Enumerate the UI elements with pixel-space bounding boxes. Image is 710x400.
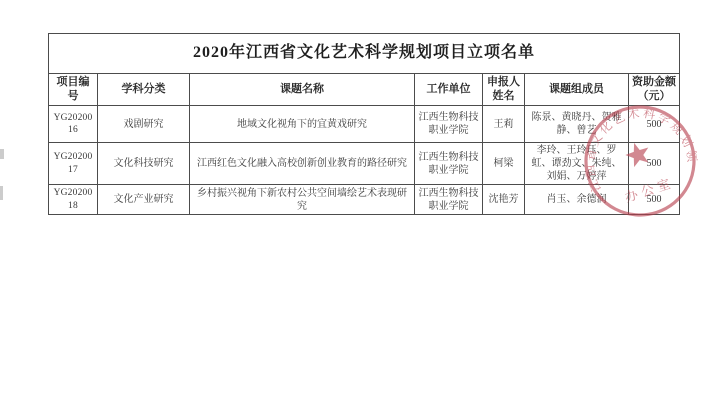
scan-artifact (0, 186, 3, 200)
cell-work-unit: 江西生物科技职业学院 (415, 185, 483, 215)
table-row: YG2020017 文化科技研究 江西红色文化融入高校创新创业教育的路径研究 江… (49, 143, 680, 185)
column-header-funding: 资助金额（元） (629, 74, 680, 106)
scanned-document-page: 2020年江西省文化艺术科学规划项目立项名单 项目编号 学科分类 课题名称 工作… (0, 0, 710, 400)
cell-funding: 500 (629, 106, 680, 143)
table-title-row: 2020年江西省文化艺术科学规划项目立项名单 (49, 34, 680, 74)
cell-project-id: YG2020018 (49, 185, 98, 215)
column-header-project-title: 课题名称 (190, 74, 415, 106)
cell-applicant: 沈艳芳 (483, 185, 525, 215)
cell-project-id: YG2020016 (49, 106, 98, 143)
cell-team-members: 陈景、黄晓丹、贺雅静、曾艺 (525, 106, 629, 143)
cell-discipline: 文化科技研究 (98, 143, 190, 185)
cell-funding: 500 (629, 143, 680, 185)
table-row: YG2020018 文化产业研究 乡村振兴视角下新农村公共空间墙绘艺术表现研究 … (49, 185, 680, 215)
cell-project-title: 江西红色文化融入高校创新创业教育的路径研究 (190, 143, 415, 185)
cell-funding: 500 (629, 185, 680, 215)
cell-applicant: 柯梁 (483, 143, 525, 185)
cell-project-id: YG2020017 (49, 143, 98, 185)
cell-discipline: 戏剧研究 (98, 106, 190, 143)
cell-team-members: 李玲、王玲珏、罗虹、谭劲文、朱纯、刘娟、万婷萍 (525, 143, 629, 185)
column-header-discipline: 学科分类 (98, 74, 190, 106)
scan-artifact (0, 149, 4, 159)
cell-work-unit: 江西生物科技职业学院 (415, 106, 483, 143)
column-header-team-members: 课题组成员 (525, 74, 629, 106)
project-approval-table: 2020年江西省文化艺术科学规划项目立项名单 项目编号 学科分类 课题名称 工作… (48, 33, 680, 215)
page-title: 2020年江西省文化艺术科学规划项目立项名单 (49, 34, 680, 74)
cell-project-title: 地域文化视角下的宜黄戏研究 (190, 106, 415, 143)
column-header-work-unit: 工作单位 (415, 74, 483, 106)
cell-team-members: 肖玉、余德润 (525, 185, 629, 215)
cell-work-unit: 江西生物科技职业学院 (415, 143, 483, 185)
column-header-project-id: 项目编号 (49, 74, 98, 106)
cell-project-title: 乡村振兴视角下新农村公共空间墙绘艺术表现研究 (190, 185, 415, 215)
cell-discipline: 文化产业研究 (98, 185, 190, 215)
cell-applicant: 王莉 (483, 106, 525, 143)
table-header-row: 项目编号 学科分类 课题名称 工作单位 申报人姓名 课题组成员 资助金额（元） (49, 74, 680, 106)
table-row: YG2020016 戏剧研究 地域文化视角下的宜黄戏研究 江西生物科技职业学院 … (49, 106, 680, 143)
column-header-applicant: 申报人姓名 (483, 74, 525, 106)
